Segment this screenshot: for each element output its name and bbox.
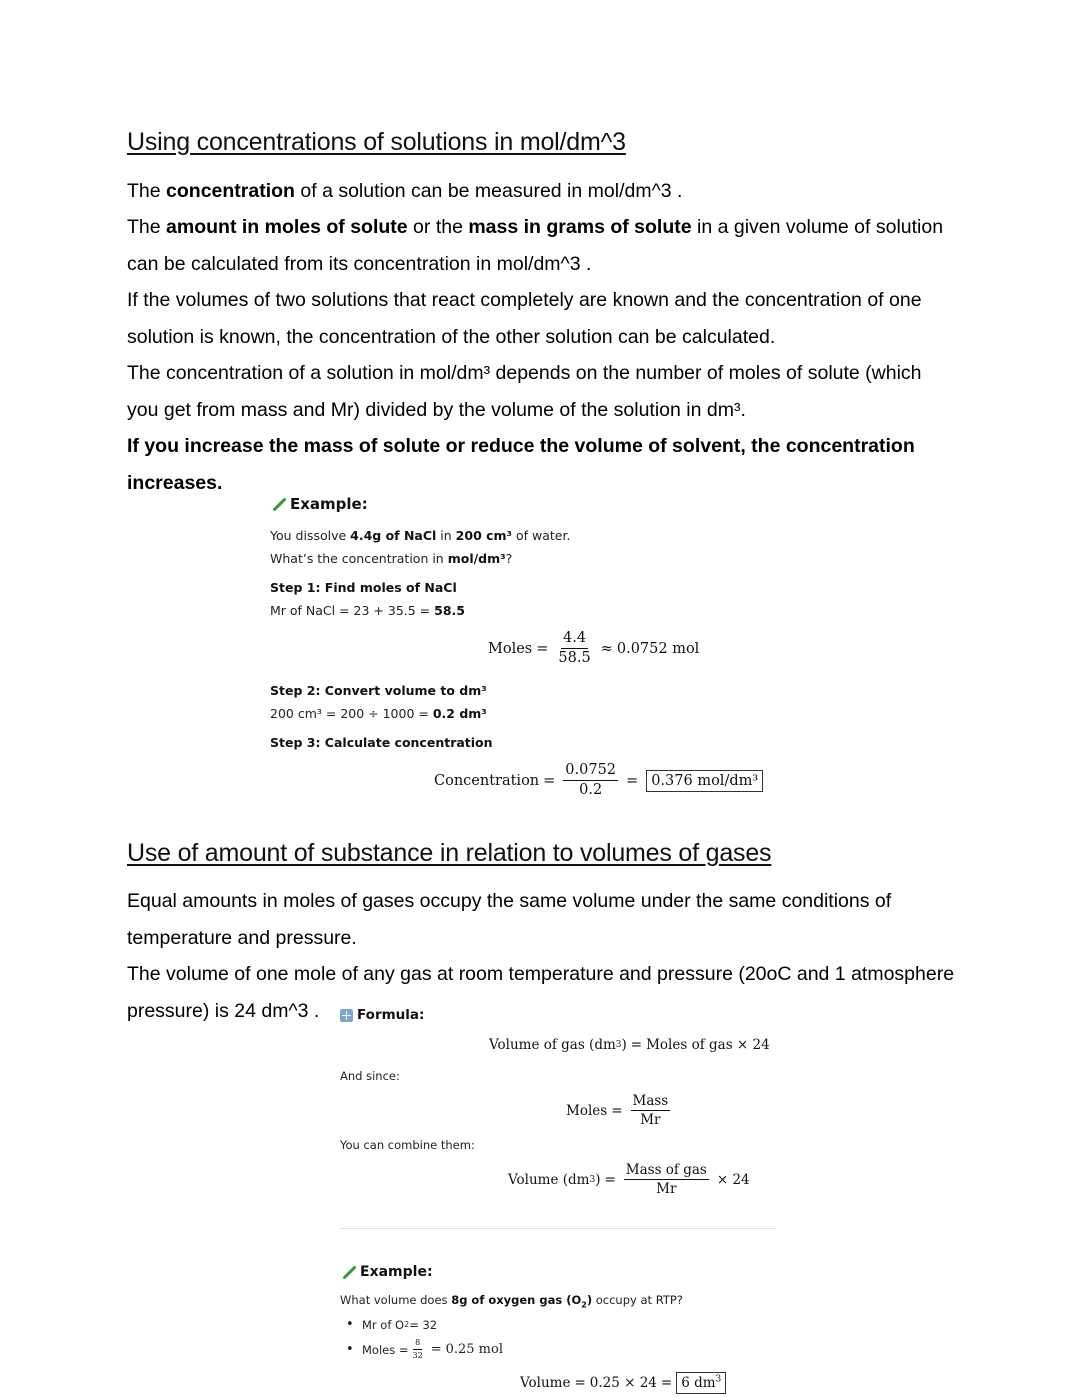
math-lhs: Volume [520, 1375, 570, 1391]
paragraph-two-solutions-cont: solution is known, the concentration of … [127, 319, 775, 356]
bold-text: 0.2 dm³ [433, 706, 487, 721]
boxed-result: 0.376 mol/dm³ [646, 770, 763, 792]
example-title: Example: [270, 495, 368, 513]
text: The [127, 216, 166, 238]
math-rhs: 0.25 mol [446, 1342, 503, 1357]
math-lhs: Concentration [434, 773, 539, 789]
step3-title: Step 3: Calculate concentration [270, 735, 493, 750]
text: in [436, 528, 455, 543]
denominator: 0.2 [577, 781, 604, 799]
step1-line: Mr of NaCl = 23 + 35.5 = 58.5 [270, 603, 465, 618]
equation-moles-mass-mr: Moles = Mass Mr [566, 1093, 674, 1128]
denominator: Mr [654, 1180, 678, 1197]
superscript: 3 [716, 1375, 722, 1385]
text: What volume does [340, 1293, 451, 1307]
pencil-icon [270, 496, 286, 512]
math-lhs: Volume (dm [508, 1172, 589, 1188]
text: or the [408, 216, 469, 238]
text: occupy at RTP? [592, 1293, 683, 1307]
math-equals: = [604, 1172, 615, 1188]
and-since-text: And since: [340, 1069, 400, 1083]
math-lhs: Volume of gas (dm [489, 1037, 616, 1053]
combine-text: You can combine them: [340, 1138, 475, 1152]
paragraph-depends-on-cont: you get from mass and Mr) divided by the… [127, 392, 746, 429]
text: Mr of O [362, 1318, 404, 1332]
bold-text: concentration [166, 180, 295, 202]
text: The [127, 180, 166, 202]
math-equals: = [611, 1103, 622, 1119]
bold-text: 200 cm³ [456, 528, 512, 543]
example-question-line1: You dissolve 4.4g of NaCl in 200 cm³ of … [270, 528, 570, 543]
numerator: Mass [631, 1093, 671, 1111]
text: 200 cm³ = 200 ÷ 1000 = [270, 706, 433, 721]
math-equals: = [536, 641, 548, 657]
boxed-result: 6 dm3 [676, 1372, 726, 1394]
equation-concentration: Concentration = 0.0752 0.2 = 0.376 mol/d… [434, 762, 763, 800]
example2-bullets: Mr of O2 = 32 Moles = 8 32 = 0.25 mol [340, 1312, 503, 1362]
list-item: Mr of O2 = 32 [340, 1312, 503, 1337]
math-rhs: × 24 [717, 1172, 750, 1188]
paragraph-amount-moles-cont: can be calculated from its concentration… [127, 246, 591, 283]
math-rhs: 0.0752 mol [617, 641, 699, 657]
example-title-text: Example: [290, 495, 368, 513]
denominator: 58.5 [556, 649, 592, 667]
example-question-line2: What’s the concentration in mol/dm³? [270, 551, 512, 566]
math-equals: = [543, 773, 555, 789]
formula-title: Formula: [340, 1007, 424, 1023]
step1-title: Step 1: Find moles of NaCl [270, 580, 457, 595]
paragraph-molar-volume: The volume of one mole of any gas at roo… [127, 956, 954, 993]
equation-moles: Moles = 4.4 58.5 ≈ 0.0752 mol [488, 630, 699, 668]
result-text: 6 dm [681, 1375, 715, 1391]
paragraph-two-solutions: If the volumes of two solutions that rea… [127, 282, 922, 319]
math-mid: 0.25 × 24 [590, 1375, 657, 1391]
example2-question: What volume does 8g of oxygen gas (O2) o… [340, 1293, 683, 1307]
equation-volume-of-gas: Volume of gas (dm3) = Moles of gas × 24 [489, 1037, 770, 1053]
paragraph-depends-on: The concentration of a solution in mol/d… [127, 355, 922, 392]
divider [340, 1228, 777, 1229]
math-lhs-end: ) [595, 1172, 600, 1188]
numerator: 4.4 [561, 630, 588, 649]
denominator: 32 [411, 1350, 425, 1361]
step2-title: Step 2: Convert volume to dm³ [270, 683, 487, 698]
paragraph-increase-concentration: If you increase the mass of solute or re… [127, 428, 915, 465]
fraction: 4.4 58.5 [556, 630, 592, 668]
text: You dissolve [270, 528, 350, 543]
math-equals: = [661, 1375, 672, 1391]
math-equals: = [574, 1375, 585, 1391]
text: Moles = [362, 1343, 409, 1357]
text: in a given volume of solution [692, 216, 943, 238]
fraction: Mass of gas Mr [624, 1162, 709, 1197]
text: What’s the concentration in [270, 551, 448, 566]
bold-text: mol/dm³ [448, 551, 506, 566]
example2-title: Example: [340, 1264, 433, 1280]
paragraph-molar-volume-cont: pressure) is 24 dm^3 . [127, 993, 319, 1030]
bold-text: amount in moles of solute [166, 216, 408, 238]
paragraph-concentration-definition: The concentration of a solution can be m… [127, 173, 682, 210]
bold-text: mass in grams of solute [468, 216, 691, 238]
math-approx: ≈ [601, 641, 613, 657]
section-heading-gas-volumes: Use of amount of substance in relation t… [127, 839, 771, 868]
bold-text: 8g of oxygen gas (O2) [451, 1293, 592, 1307]
fraction: 8 32 [411, 1338, 425, 1360]
paragraph-equal-amounts: Equal amounts in moles of gases occupy t… [127, 883, 891, 920]
paragraph-increase-concentration-cont: increases. [127, 465, 222, 502]
fraction: 0.0752 0.2 [563, 762, 618, 800]
list-item: Moles = 8 32 = 0.25 mol [340, 1337, 503, 1362]
text: 8g of oxygen gas (O [451, 1293, 581, 1307]
abacus-icon [340, 1009, 353, 1022]
math-equals: = [631, 1037, 642, 1053]
fraction: Mass Mr [631, 1093, 671, 1128]
math-lhs: Moles [488, 641, 532, 657]
bold-text: 4.4g of NaCl [350, 528, 436, 543]
section-heading-concentrations: Using concentrations of solutions in mol… [127, 128, 626, 157]
pencil-icon [340, 1264, 356, 1280]
math-rhs: Moles of gas × 24 [646, 1037, 770, 1053]
text: = 32 [409, 1318, 437, 1332]
text: of water. [512, 528, 570, 543]
bold-text: 58.5 [434, 603, 465, 618]
formula-title-text: Formula: [357, 1007, 424, 1023]
paragraph-amount-moles: The amount in moles of solute or the mas… [127, 209, 943, 246]
numerator: 8 [413, 1338, 422, 1350]
math-lhs-end: ) [622, 1037, 627, 1053]
denominator: Mr [638, 1111, 662, 1128]
numerator: 0.0752 [563, 762, 618, 781]
step2-line: 200 cm³ = 200 ÷ 1000 = 0.2 dm³ [270, 706, 487, 721]
math-equals: = [626, 773, 638, 789]
math-equals: = [431, 1342, 442, 1357]
example-title-text: Example: [360, 1264, 433, 1280]
math-lhs: Moles [566, 1103, 607, 1119]
text: of a solution can be measured in mol/dm^… [295, 180, 682, 202]
numerator: Mass of gas [624, 1162, 709, 1180]
text: Mr of NaCl = 23 + 35.5 = [270, 603, 434, 618]
text: ? [506, 551, 513, 566]
equation-oxygen-volume: Volume = 0.25 × 24 = 6 dm3 [520, 1372, 726, 1394]
paragraph-equal-amounts-cont: temperature and pressure. [127, 920, 357, 957]
equation-combined-volume: Volume (dm3) = Mass of gas Mr × 24 [508, 1162, 754, 1197]
